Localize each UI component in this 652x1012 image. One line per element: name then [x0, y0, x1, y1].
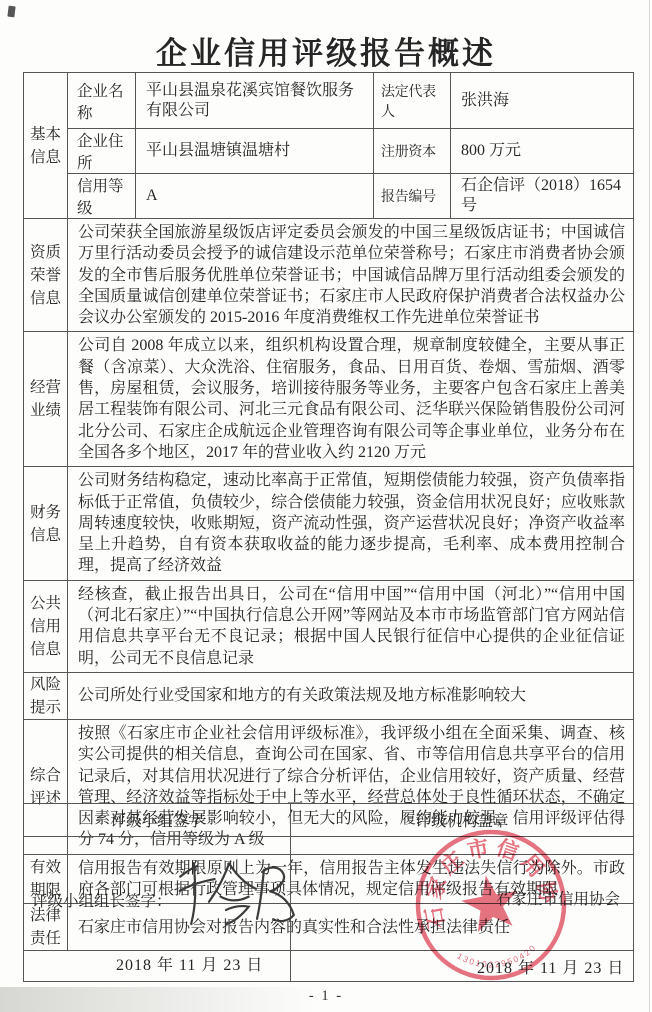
table-row: 经营业绩 公司自 2008 年成立以来，组织机构设置合理，规章制度较健全，主要从… [24, 332, 634, 467]
table-row: 基本信息 企业名称 平山县温泉花溪宾馆餐饮服务有限公司 法定代表人 张洪海 [24, 73, 634, 129]
rating-agency-name: 石家庄市信用协会 [496, 887, 620, 909]
page-title: 企业信用评级报告概述 [0, 28, 652, 73]
table-row: 资质荣誉信息 公司荣获全国旅游星级饭店评定委员会颁发的中国三星级饭店证书；中国诚… [24, 219, 634, 332]
section-text-honors: 公司荣获全国旅游星级饭店评定委员会颁发的中国三星级饭店证书；中国诚信万里行活动委… [68, 219, 634, 332]
value-registered-capital: 800 万元 [451, 129, 634, 174]
scan-artifact-mark [7, 6, 15, 18]
table-row: 财务信息 公司财务结构稳定，速动比率高于正常值，短期偿债能力较强，资产负债率指标… [24, 467, 634, 580]
section-text-business-performance: 公司自 2008 年成立以来，组织机构设置合理，规章制度较健全，主要从事正餐（含… [68, 332, 634, 467]
table-row: 风险提示 公司所处行业受国家和地方的有关政策法规及地方标准影响较大 [24, 672, 634, 719]
label-company-name: 企业名称 [68, 73, 136, 129]
handwritten-signature [170, 851, 300, 933]
section-text-financial-info: 公司财务结构稳定，速动比率高于正常值，短期偿债能力较强，资产负债率指标低于正常值… [68, 467, 634, 580]
scan-edge-right [649, 0, 650, 1012]
team-signature-date: 2018 年 11 月 23 日 [116, 952, 263, 975]
section-label-basic-info: 基本信息 [24, 73, 68, 219]
section-text-public-credit: 经核查，截止报告出具日，公司在“信用中国”“信用中国（河北）”“信用中国（河北石… [68, 580, 634, 672]
team-leader-signature-label: 评级小组组长签字： [32, 889, 172, 911]
scan-shadow-bottom [0, 987, 370, 1012]
section-label-business-performance: 经营业绩 [24, 332, 68, 467]
section-label-financial-info: 财务信息 [24, 467, 68, 580]
table-row: 公共信用信息 经核查，截止报告出具日，公司在“信用中国”“信用中国（河北）”“信… [24, 580, 634, 672]
value-report-number: 石企信评（2018）1654 号 [451, 174, 634, 219]
section-label-public-credit: 公共信用信息 [24, 580, 68, 672]
signature-cell-right: 石家庄市信用协会 1301022950420 石家庄市信用协会 2018 年 1… [291, 837, 634, 982]
section-label-risk-warning: 风险提示 [24, 672, 68, 719]
value-company-name: 平山县温泉花溪宾馆餐饮服务有限公司 [136, 73, 374, 129]
table-row: 企业住所 平山县温塘镇温塘村 注册资本 800 万元 [24, 129, 634, 174]
signature-cell-left: 评级小组组长签字： 2018 年 11 月 [24, 837, 291, 982]
section-text-risk-warning: 公司所处行业受国家和地方的有关政策法规及地方标准影响较大 [68, 672, 634, 719]
label-report-number: 报告编号 [374, 174, 451, 219]
value-credit-rating: A [136, 174, 374, 219]
value-legal-representative: 张洪海 [451, 73, 634, 129]
header-rating-team-signature: 评级小组签字 [24, 804, 291, 837]
table-row: 评级小组组长签字： 2018 年 11 月 [24, 837, 634, 982]
report-page: 企业信用评级报告概述 基本信息 企业名称 平山县温泉花溪宾馆餐饮服务有限公司 法… [0, 0, 652, 1012]
value-company-address: 平山县温塘镇温塘村 [136, 129, 374, 174]
label-registered-capital: 注册资本 [374, 129, 451, 174]
label-legal-representative: 法定代表人 [374, 73, 451, 129]
signature-table: 评级小组签字 评级机构盖章 评级小组组长签字： [23, 803, 634, 982]
table-row: 信用等级 A 报告编号 石企信评（2018）1654 号 [24, 174, 634, 219]
agency-seal-date: 2018 年 11 月 23 日 [477, 955, 624, 978]
label-company-address: 企业住所 [68, 129, 136, 174]
section-label-honors: 资质荣誉信息 [24, 219, 68, 332]
label-credit-rating: 信用等级 [68, 174, 136, 219]
